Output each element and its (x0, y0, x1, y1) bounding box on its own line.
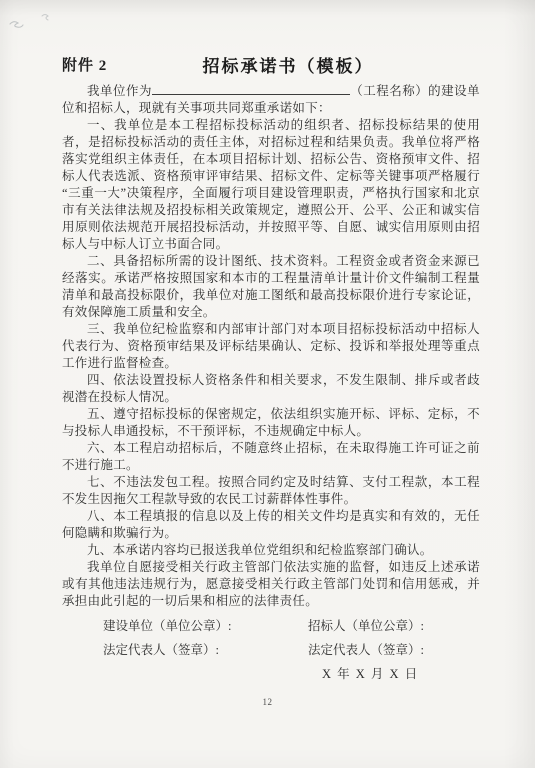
document-header: 附件 2 招标承诺书（模板） (62, 52, 480, 76)
clause-1: 一、我单位是本工程招标投标活动的组织者、招标投标结果的使用者，是招标投标活动的责… (62, 117, 480, 253)
clause-6: 六、本工程启动招标后，不随意终止招标，在未取得施工许可证之前不进行施工。 (62, 440, 480, 474)
clause-9: 九、本承诺内容均已报送我单位党组织和纪检监察部门确认。 (62, 542, 480, 559)
document-title: 招标承诺书（模板） (62, 52, 480, 77)
intro-paragraph: 我单位作为（工程名称）的建设单位和招标人，现就有关事项共同郑重承诺如下： (62, 83, 480, 117)
scanned-document-page: 附件 2 招标承诺书（模板） 我单位作为（工程名称）的建设单位和招标人，现就有关… (0, 0, 535, 768)
clause-4: 四、依法设置投标人资格条件和相关要求，不发生限制、排斥或者歧视潜在投标人情况。 (62, 372, 480, 406)
owner-seal-label: 建设单位（单位公章）: (103, 614, 308, 638)
page-number: 12 (0, 697, 535, 707)
project-name-blank-field (152, 83, 350, 95)
date-line: X 年 X 月 X 日 (308, 662, 480, 686)
tenderer-seal-label: 招标人（单位公章）: (308, 614, 480, 638)
owner-representative-label: 法定代表人（签章）: (103, 638, 308, 662)
clause-7: 七、不违法发包工程。按照合同约定及时结算、支付工程款，本工程不发生因拖欠工程款导… (62, 474, 480, 508)
clause-5: 五、遵守招标投标的保密规定，依法组织实施开标、评标、定标，不与投标人串通投标，不… (62, 406, 480, 440)
signature-column-owner: 建设单位（单位公章）: 法定代表人（签章）: (103, 614, 308, 686)
intro-prefix: 我单位作为 (87, 84, 152, 98)
tenderer-representative-label: 法定代表人（签章）: (308, 638, 480, 662)
clause-8: 八、本工程填报的信息以及上传的相关文件均是真实和有效的，无任何隐瞒和欺骗行为。 (62, 508, 480, 542)
signature-block: 建设单位（单位公章）: 法定代表人（签章）: 招标人（单位公章）: 法定代表人（… (62, 614, 480, 686)
signature-column-tenderer: 招标人（单位公章）: 法定代表人（签章）: X 年 X 月 X 日 (308, 614, 480, 686)
clause-3: 三、我单位纪检监察和内部审计部门对本项目招标投标活动中招标人代表行为、资格预审结… (62, 321, 480, 372)
clause-2: 二、具备招标所需的设计图纸、技术资料。工程资金或者资金来源已经落实。承诺严格按照… (62, 253, 480, 321)
document-body: 附件 2 招标承诺书（模板） 我单位作为（工程名称）的建设单位和招标人，现就有关… (62, 52, 480, 610)
pen-mark-artifact (6, 10, 66, 40)
attachment-label: 附件 2 (62, 54, 107, 75)
closing-paragraph: 我单位自愿接受相关行政主管部门依法实施的监督，如违反上述承诺或有其他违法违规行为… (62, 559, 480, 610)
